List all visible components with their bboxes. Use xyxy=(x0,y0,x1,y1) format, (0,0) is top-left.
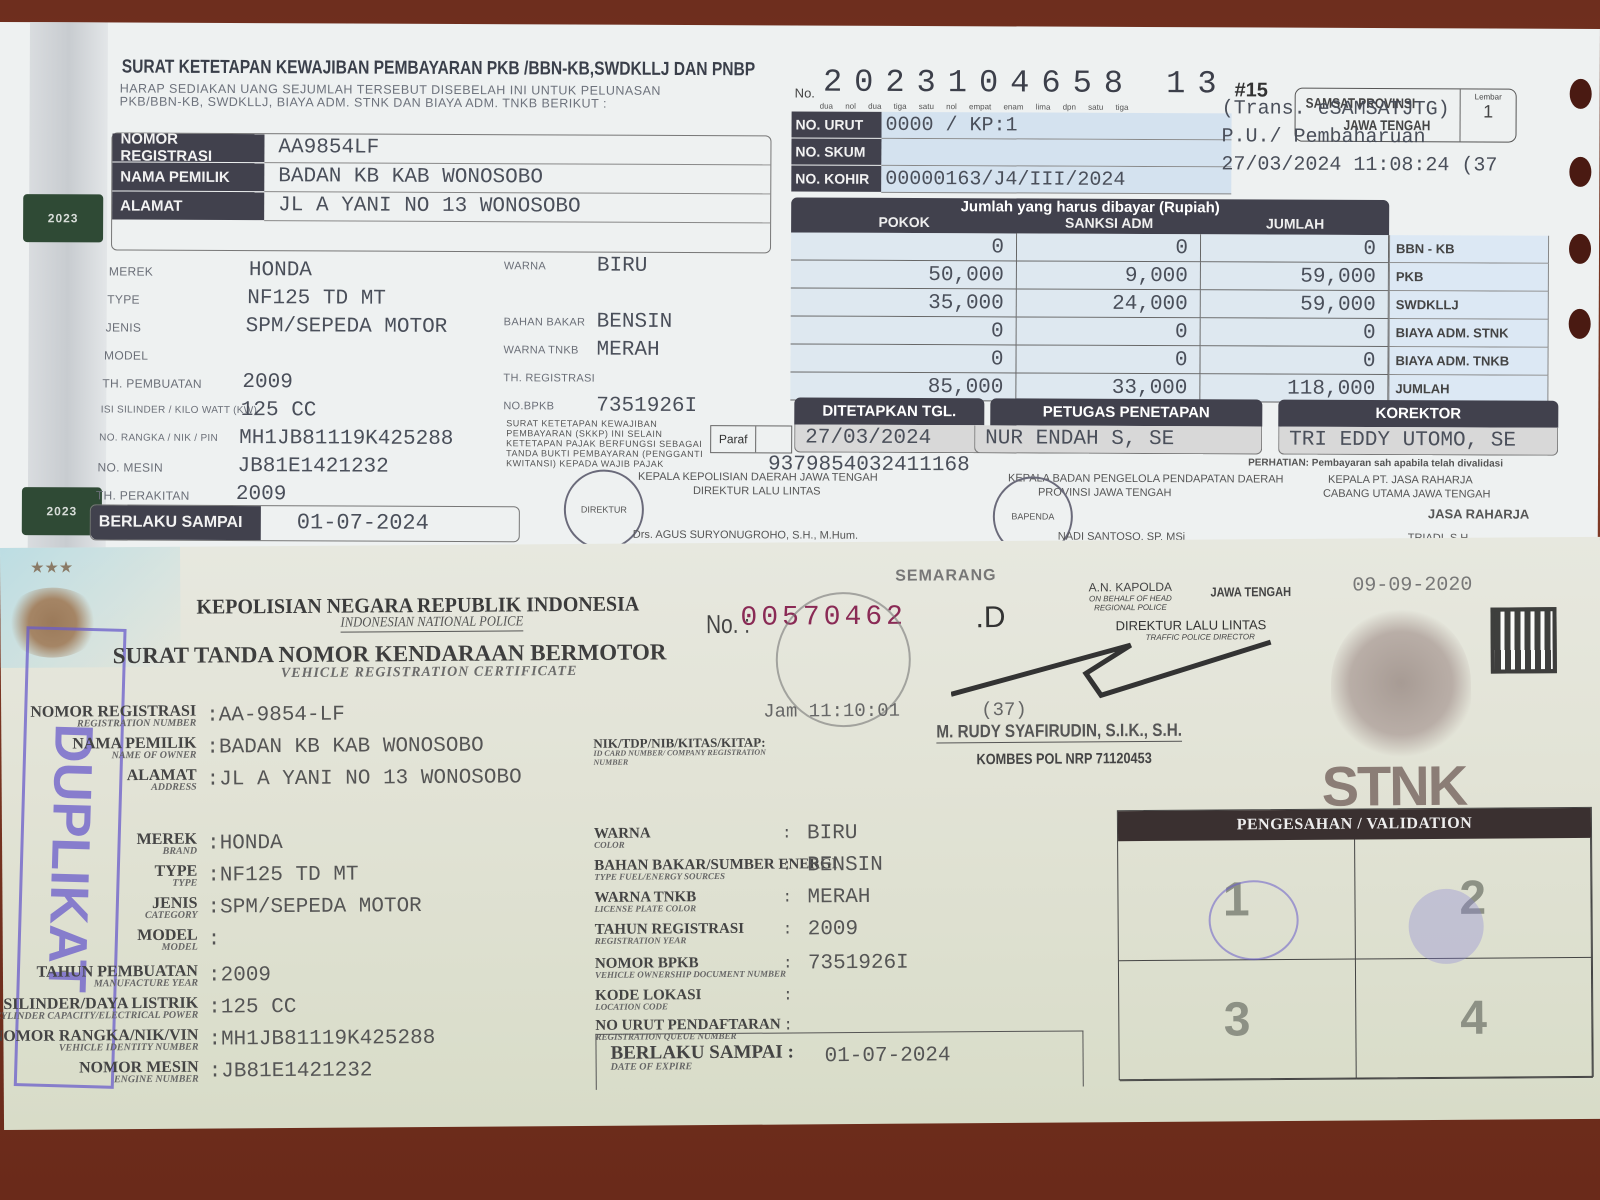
skkp-note: SURAT KETETAPAN KEWAJIBAN PEMBAYARAN (SK… xyxy=(506,418,706,469)
vehicle-field-value: BIRU xyxy=(597,255,648,278)
pu-label: P.U./ Pembaharuan xyxy=(1221,125,1425,149)
payment-row-label: BBN - KB xyxy=(1389,235,1549,264)
stnk-field-label: NOMOR REGISTRASIREGISTRATION NUMBER xyxy=(0,703,196,731)
lembar-value: 1 xyxy=(1483,101,1493,121)
vehicle-field-label: WARNA TNKB xyxy=(504,344,579,356)
on-behalf: A.N. KAPOLDA ON BEHALF OF HEAD REGIONAL … xyxy=(1085,580,1175,613)
vehicle-field-label: TH. PERAKITAN xyxy=(96,488,190,502)
payment-jumlah: 0 xyxy=(1201,318,1389,347)
stnk-berlaku-value: 01-07-2024 xyxy=(824,1044,950,1068)
payment-table-header: Jumlah yang harus dibayar (Rupiah) POKOK… xyxy=(791,197,1389,235)
payment-row: 000BIAYA ADM. STNK xyxy=(791,316,1561,347)
vehicle-field-value: HONDA xyxy=(249,259,312,282)
payment-row-label: BIAYA ADM. STNK xyxy=(1389,319,1549,348)
stnk-region: JAWA TENGAH xyxy=(1210,584,1291,600)
document-number: No. 2023104658 13 #15 xyxy=(795,63,1268,102)
vehicle-field-value: MERAH xyxy=(597,339,660,362)
vehicle-field-value: 7351926I xyxy=(596,395,697,418)
stnk-label-en: CATEGORY xyxy=(0,910,198,923)
petugas-value: NUR ENDAH S, SE xyxy=(974,425,1262,454)
payment-row: 000BBN - KB xyxy=(791,232,1561,263)
punch-hole xyxy=(1569,157,1591,187)
payment-row: 50,0009,00059,000PKB xyxy=(791,260,1561,291)
perhatian-note: PERHATIAN: Pembayaran sah apabila telah … xyxy=(1248,457,1503,469)
stnk-label-en: MANUFACTURE YEAR xyxy=(0,978,198,991)
berlaku-value: 01-07-2024 xyxy=(261,506,519,541)
polri-emblem-icon xyxy=(1330,608,1471,759)
paraf-box: Paraf xyxy=(710,425,792,453)
stnk-jam-code: (37) xyxy=(981,699,1027,721)
payment-jumlah: 0 xyxy=(1200,346,1388,375)
registration-label: NOMOR REGISTRASI xyxy=(112,133,264,162)
payment-row: 000BIAYA ADM. TNKB xyxy=(790,344,1560,375)
punch-hole xyxy=(1569,234,1591,264)
owner-label: NAMA PEMILIK xyxy=(112,162,264,191)
payment-jumlah: 59,000 xyxy=(1201,290,1389,319)
urut-row: NO. KOHIR00000163/J4/III/2024 xyxy=(791,165,1231,194)
owner-identity-box: NOMOR REGISTRASI AA9854LF NAMA PEMILIK B… xyxy=(111,132,772,253)
berlaku-box: BERLAKU SAMPAI 01-07-2024 xyxy=(90,504,520,542)
payment-jumlah: 59,000 xyxy=(1201,262,1389,291)
sig3-title1: KEPALA PT. JASA RAHARJA xyxy=(1328,474,1473,487)
ditetapkan-label: DITETAPKAN TGL. xyxy=(794,397,984,425)
vehicle-field-value: 125 CC xyxy=(241,399,317,422)
stnk-director: DIREKTUR LALU LINTAS xyxy=(1116,617,1267,633)
vehicle-field-value: SPM/SEPEDA MOTOR xyxy=(246,315,448,339)
stnk-field-value: :JL A YANI NO 13 WONOSOBO xyxy=(207,766,522,791)
stars-icon: ★★★ xyxy=(30,557,73,577)
registration-value: AA9854LF xyxy=(264,134,770,165)
skkp-title: SURAT KETETAPAN KEWAJIBAN PEMBAYARAN PKB… xyxy=(122,57,755,82)
stnk-label-en: ADDRESS xyxy=(0,782,197,795)
stnk-field-label: WARNACOLOR xyxy=(594,825,651,849)
stnk-field-value: :AA-9854-LF xyxy=(206,704,345,728)
stnk-field-label: ALAMATADDRESS xyxy=(0,767,197,795)
skkp-subtitle: HARAP SEDIAKAN UANG SEJUMLAH TERSEBUT DI… xyxy=(120,83,780,112)
on-behalf-label: A.N. KAPOLDA xyxy=(1085,580,1175,595)
stnk-colon: : xyxy=(782,856,792,874)
payment-pokok: 50,000 xyxy=(791,260,1017,289)
vehicle-field-value: 2009 xyxy=(236,483,287,506)
payment-jumlah: 0 xyxy=(1201,234,1389,263)
vehicle-field-label: JENIS xyxy=(106,320,142,334)
col-sanksi: SANKSI ADM xyxy=(1019,214,1199,231)
qr-code-icon xyxy=(1490,607,1556,673)
stnk-label-en: MODEL xyxy=(0,942,198,955)
stnk-title-en: VEHICLE REGISTRATION CERTIFICATE xyxy=(281,664,578,682)
trans-label: (Trans. eSAMSATJTG) xyxy=(1222,97,1450,121)
stnk-field-label: TYPETYPE xyxy=(0,863,197,891)
stnk-field-value: :125 CC xyxy=(208,996,296,1020)
stnk-berlaku-label-wrap: BERLAKU SAMPAI :DATE OF EXPIRE xyxy=(610,1041,794,1072)
payment-pokok: 0 xyxy=(790,344,1016,373)
sig1-name: Drs. AGUS SURYONUGROHO, S.H., M.Hum. xyxy=(633,529,858,542)
validation-stamp-2 xyxy=(1408,889,1484,965)
punch-hole xyxy=(1569,309,1591,339)
vehicle-field-label: BAHAN BAKAR xyxy=(504,316,586,328)
stnk-field-label: TAHUN REGISTRASIREGISTRATION YEAR xyxy=(595,921,745,946)
urut-box: NO. URUT0000 / KP:1 NO. SKUM NO. KOHIR00… xyxy=(791,111,1231,194)
on-behalf-en: ON BEHALF OF HEAD REGIONAL POLICE xyxy=(1085,594,1175,613)
no-urut-label: NO. URUT xyxy=(792,111,882,137)
berlaku-label: BERLAKU SAMPAI xyxy=(91,505,261,540)
stnk-colon: : xyxy=(783,954,793,972)
vehicle-field-label: WARNA xyxy=(504,260,546,272)
vehicle-field-label: NO. RANGKA / NIK / PIN xyxy=(99,432,218,444)
vehicle-field-value: NF125 TD MT xyxy=(247,287,386,311)
vehicle-field-label: NO.BPKB xyxy=(503,400,554,412)
no-skum-value xyxy=(881,139,1231,168)
year-badge-top: 2023 xyxy=(23,194,103,242)
stnk-field-label: TAHUN PEMBUATANMANUFACTURE YEAR xyxy=(0,963,198,991)
payment-pokok: 0 xyxy=(791,232,1017,261)
payment-pokok: 35,000 xyxy=(791,288,1017,317)
identity-row: NOMOR REGISTRASI AA9854LF xyxy=(112,133,770,165)
stnk-berlaku-box: BERLAKU SAMPAI :DATE OF EXPIRE 01-07-202… xyxy=(595,1030,1083,1089)
stnk-field-label: WARNA TNKBLICENSE PLATE COLOR xyxy=(594,889,696,914)
stnk-field-label: ISI SILINDER/DAYA LISTRIKCYLINDER CAPACI… xyxy=(0,995,198,1023)
nik-field: NIK/TDP/NIB/KITAS/KITAP:ID CARD NUMBER/ … xyxy=(593,734,793,766)
subtitle-line-2: PKB/BBN-KB, SWDKLLJ, BIAYA ADM. STNK DAN… xyxy=(120,96,780,112)
timestamp: 27/03/2024 11:08:24 (37 xyxy=(1221,153,1497,177)
stnk-field-value: :2009 xyxy=(208,964,271,987)
stnk-field-value: : xyxy=(208,928,221,951)
payment-row-label: BIAYA ADM. TNKB xyxy=(1388,347,1548,376)
no-skum-label: NO. SKUM xyxy=(791,138,881,164)
ditetapkan-value: 27/03/2024 xyxy=(794,424,984,453)
validation-cell-4: 4 xyxy=(1355,958,1592,1080)
owner-value: BADAN KB KAB WONOSOBO xyxy=(264,163,770,194)
stnk-field-label: MODELMODEL xyxy=(0,927,198,955)
address-label: ALAMAT xyxy=(112,191,264,220)
stnk-field-value: :BADAN KB KAB WONOSOBO xyxy=(206,735,483,760)
payment-pokok: 0 xyxy=(791,316,1017,345)
stnk-berlaku-label: BERLAKU SAMPAI : xyxy=(610,1041,793,1063)
vehicle-field-value: 2009 xyxy=(242,371,293,394)
payment-sanksi: 0 xyxy=(1017,317,1201,346)
validation-table: PENGESAHAN / VALIDATION 1 2 3 4 xyxy=(1117,807,1594,1080)
stnk-date: 09-09-2020 xyxy=(1352,574,1472,598)
stnk-field-value: :JB81E1421232 xyxy=(209,1059,373,1083)
stnk-signatory: M. RUDY SYAFIRUDIN, S.I.K., S.H. xyxy=(936,720,1182,744)
vehicle-field-label: MODEL xyxy=(104,348,148,362)
signature-icon xyxy=(951,634,1281,706)
validation-stamp-1 xyxy=(1208,880,1299,961)
col-jumlah: JUMLAH xyxy=(1201,215,1389,232)
stnk-header-en: INDONESIAN NATIONAL POLICE xyxy=(340,614,523,632)
korektor-label: KOREKTOR xyxy=(1278,400,1558,428)
payment-sanksi: 0 xyxy=(1017,233,1201,262)
vehicle-field-value: JB81E1421232 xyxy=(238,455,389,479)
vehicle-field-value: BENSIN xyxy=(597,311,673,334)
address-value: JL A YANI NO 13 WONOSOBO xyxy=(264,192,770,223)
payment-sanksi: 0 xyxy=(1016,345,1200,374)
sig1-title2: DIREKTUR LALU LINTAS xyxy=(693,485,821,498)
stnk-colon: : xyxy=(783,920,793,938)
stnk-field-label: BAHAN BAKAR/SUMBER ENERGITYPE FUEL/ENERG… xyxy=(594,856,838,882)
stnk-field-label: NAMA PEMILIKNAME OF OWNER xyxy=(0,735,196,763)
stnk-field-value: :NF125 TD MT xyxy=(207,864,358,888)
stnk-field-label: MEREKBRAND xyxy=(0,831,197,859)
stnk-label-en: BRAND xyxy=(0,846,197,859)
stnk-document: ★★★ DUPLIKAT KEPOLISIAN NEGARA REPUBLIK … xyxy=(0,537,1600,1130)
document-no-label: No. xyxy=(795,85,815,100)
stnk-field-value: BENSIN xyxy=(807,854,883,878)
validation-title: PENGESAHAN / VALIDATION xyxy=(1118,808,1591,841)
vehicle-field-label: TH. PEMBUATAN xyxy=(102,376,202,390)
stnk-field-value: MERAH xyxy=(807,886,870,909)
lembar-box: Lembar 1 xyxy=(1459,89,1515,141)
validation-cell-3: 3 xyxy=(1119,960,1356,1082)
petugas-label: PETUGAS PENETAPAN xyxy=(990,398,1262,426)
urut-row: NO. SKUM xyxy=(791,138,1231,167)
payment-sanksi: 9,000 xyxy=(1017,261,1201,290)
korektor-value: TRI EDDY UTOMO, SE xyxy=(1278,427,1558,456)
stnk-city: SEMARANG xyxy=(895,567,996,586)
vehicle-field-label: MEREK xyxy=(109,264,153,278)
stnk-field-value: :HONDA xyxy=(207,832,283,856)
stnk-field-label: NOMOR RANGKA/NIK/VINVEHICLE IDENTITY NUM… xyxy=(0,1027,199,1055)
identity-row: NAMA PEMILIK BADAN KB KAB WONOSOBO xyxy=(112,162,770,194)
document-no-value: 2023104658 13 xyxy=(823,64,1229,103)
skkp-document: 2023 2023 SURAT KETETAPAN KEWAJIBAN PEMB… xyxy=(0,22,1600,564)
stnk-field-value: :SPM/SEPEDA MOTOR xyxy=(207,895,421,919)
stnk-field-value: :MH1JB81119K425288 xyxy=(208,1027,435,1052)
payment-row: 35,00024,00059,000SWDKLLJ xyxy=(791,288,1561,319)
vehicle-field-label: NO. MESIN xyxy=(98,460,163,474)
stnk-label-en: VEHICLE OWNERSHIP DOCUMENT NUMBER xyxy=(595,969,786,980)
stnk-field-label: NOMOR BPKBVEHICLE OWNERSHIP DOCUMENT NUM… xyxy=(595,955,786,980)
stnk-colon: : xyxy=(782,824,792,842)
payment-row-label: SWDKLLJ xyxy=(1389,291,1549,320)
lembar-label: Lembar xyxy=(1461,92,1516,101)
vehicle-field-label: ISI SILINDER / KILO WATT (KW) xyxy=(101,404,257,416)
vehicle-field-label: TYPE xyxy=(107,292,140,306)
stnk-no-suffix: .D xyxy=(975,601,1005,635)
payment-row-label: PKB xyxy=(1389,263,1549,292)
vehicle-field-label: TH. REGISTRASI xyxy=(503,372,595,384)
stnk-colon: : xyxy=(782,888,792,906)
col-pokok: POKOK xyxy=(791,213,1017,230)
stnk-field-value: BIRU xyxy=(807,822,858,845)
punch-hole xyxy=(1570,79,1592,109)
no-kohir-label: NO. KOHIR xyxy=(791,165,881,191)
stnk-field-label: KODE LOKASILOCATION CODE xyxy=(595,987,701,1012)
stnk-colon: : xyxy=(783,986,793,1004)
sig1-title1: KEPALA KEPOLISIAN DAERAH JAWA TENGAH xyxy=(638,471,878,484)
payment-sanksi: 24,000 xyxy=(1017,289,1201,318)
stnk-label-en: LICENSE PLATE COLOR xyxy=(594,903,696,914)
stnk-field-label: NOMOR MESINENGINE NUMBER xyxy=(0,1059,199,1087)
paraf-label: Paraf xyxy=(711,426,756,452)
jasaraharja-stamp: JASA RAHARJA xyxy=(1428,506,1529,521)
stnk-field-label: JENISCATEGORY xyxy=(0,895,198,923)
document-no-words: dua nol dua tiga satu nol empat enam lim… xyxy=(820,102,1129,112)
no-urut-value: 0000 / KP:1 xyxy=(881,112,1231,141)
payment-table: Jumlah yang harus dibayar (Rupiah) POKOK… xyxy=(791,197,1561,200)
stnk-jam: Jam 11:10:01 xyxy=(763,700,900,723)
identity-row: ALAMAT JL A YANI NO 13 WONOSOBO xyxy=(112,191,770,223)
stnk-label-en: CYLINDER CAPACITY/ELECTRICAL POWER xyxy=(0,1010,198,1023)
stnk-signatory-rank: KOMBES POL NRP 71120453 xyxy=(976,750,1151,768)
stnk-field-value: 2009 xyxy=(808,918,859,941)
nik-en: ID CARD NUMBER/ COMPANY REGISTRATION NUM… xyxy=(593,747,793,766)
sig3-title2: CABANG UTAMA JAWA TENGAH xyxy=(1323,488,1491,501)
stnk-field-value: 7351926I xyxy=(808,952,909,976)
no-kohir-value: 00000163/J4/III/2024 xyxy=(881,166,1231,195)
security-strip xyxy=(28,22,108,557)
urut-row: NO. URUT0000 / KP:1 xyxy=(791,111,1231,140)
vehicle-field-value: MH1JB81119K425288 xyxy=(239,427,453,451)
